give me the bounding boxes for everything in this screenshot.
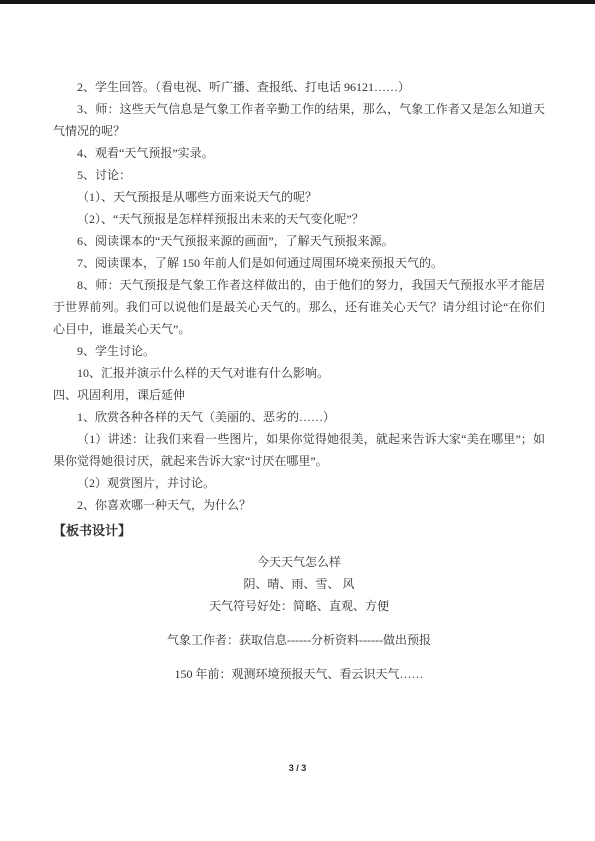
paragraph: 10、汇报并演示什么样的天气对谁有什么影响。 — [53, 362, 545, 384]
paragraph: （2）观赏图片，并讨论。 — [53, 472, 545, 494]
page-number: 3 / 3 — [0, 763, 595, 773]
paragraph: 2、你喜欢哪一种天气，为什么？ — [53, 494, 545, 516]
paragraph: 1、欣赏各种各样的天气（美丽的、恶劣的……） — [53, 406, 545, 428]
paragraph: 5、讨论： — [53, 164, 545, 186]
paragraph: 8、师：天气预报是气象工作者这样做出的，由于他们的努力，我国天气预报水平才能居于… — [53, 274, 545, 340]
board-line-meteorologist-process: 气象工作者：获取信息------分析资料------做出预报 — [53, 629, 545, 651]
board-design-heading: 【板书设计】 — [53, 520, 545, 542]
document-page: 2、学生回答。（看电视、听广播、查报纸、打电话 96121……） 3、师：这些天… — [0, 0, 595, 841]
document-body: 2、学生回答。（看电视、听广播、查报纸、打电话 96121……） 3、师：这些天… — [53, 76, 545, 685]
paragraph: 4、观看“天气预报”实录。 — [53, 142, 545, 164]
paragraph: （1）讲述：让我们来看一些图片，如果你觉得她很美，就起来告诉大家“美在哪里”；如… — [53, 428, 545, 472]
section-heading: 四、巩固利用，课后延伸 — [53, 384, 545, 406]
board-line-weather-types: 阴、晴、雨、雪、 风 — [53, 573, 545, 595]
paragraph: 9、学生讨论。 — [53, 340, 545, 362]
paragraph: 3、师：这些天气信息是气象工作者辛勤工作的结果，那么，气象工作者又是怎么知道天气… — [53, 98, 545, 142]
board-line-symbol-benefits: 天气符号好处：简略、直观、方便 — [53, 595, 545, 617]
paragraph: 7、阅读课本，了解 150 年前人们是如何通过周围环境来预报天气的。 — [53, 252, 545, 274]
board-line-title: 今天天气怎么样 — [53, 551, 545, 573]
paragraph: （2）、“天气预报是怎样样预报出未来的天气变化呢”？ — [53, 208, 545, 230]
paragraph: 6、阅读课本的“天气预报来源的画面”，了解天气预报来源。 — [53, 230, 545, 252]
board-line-150-years-ago: 150 年前：观测环境预报天气、看云识天气…… — [53, 663, 545, 685]
page-top-border — [0, 0, 595, 4]
paragraph: （1）、天气预报是从哪些方面来说天气的呢？ — [53, 186, 545, 208]
paragraph: 2、学生回答。（看电视、听广播、查报纸、打电话 96121……） — [53, 76, 545, 98]
board-design-block: 今天天气怎么样 阴、晴、雨、雪、 风 天气符号好处：简略、直观、方便 气象工作者… — [53, 551, 545, 685]
